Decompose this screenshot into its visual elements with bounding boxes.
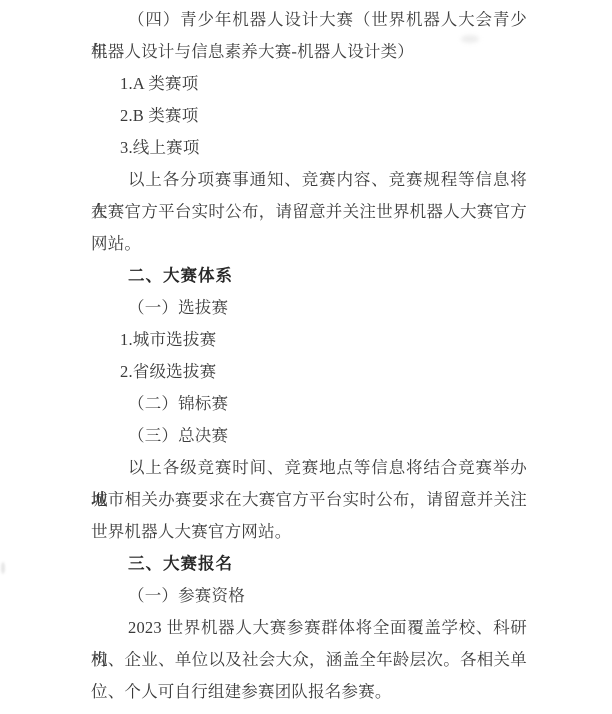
section-heading-registration: 三、大赛报名: [91, 548, 527, 580]
paragraph-notice-line-3: 网站。: [91, 228, 527, 260]
list-item-city-selection: 1.城市选拔赛: [91, 324, 527, 356]
list-item-provincial-selection: 2.省级选拔赛: [91, 356, 527, 388]
document-text-block: （四）青少年机器人设计大赛（世界机器人大会青少年 机器人设计与信息素养大赛-机器…: [91, 4, 527, 708]
paragraph-eligibility-line-1: 2023 世界机器人大赛参赛群体将全面覆盖学校、科研机: [91, 612, 527, 644]
paragraph-notice-line-1: 以上各分项赛事通知、竞赛内容、竞赛规程等信息将在: [91, 164, 527, 196]
paragraph-eligibility-line-3: 位、个人可自行组建参赛团队报名参赛。: [91, 676, 527, 708]
paragraph-schedule-line-1: 以上各级竞赛时间、竞赛地点等信息将结合竞赛举办地: [91, 452, 527, 484]
list-item-class-b: 2.B 类赛项: [91, 100, 527, 132]
subsection-heading-design-contest-line-1: （四）青少年机器人设计大赛（世界机器人大会青少年: [91, 4, 527, 36]
paragraph-notice-line-2: 大赛官方平台实时公布，请留意并关注世界机器人大赛官方: [91, 196, 527, 228]
scan-artifact: [1, 562, 5, 574]
list-item-online: 3.线上赛项: [91, 132, 527, 164]
paragraph-eligibility-line-2: 构、企业、单位以及社会大众，涵盖全年龄层次。各相关单: [91, 644, 527, 676]
subheading-finals: （三）总决赛: [91, 420, 527, 452]
subheading-eligibility: （一）参赛资格: [91, 580, 527, 612]
subsection-heading-design-contest-line-2: 机器人设计与信息素养大赛-机器人设计类）: [91, 36, 527, 68]
list-item-class-a: 1.A 类赛项: [91, 68, 527, 100]
document-page: （四）青少年机器人设计大赛（世界机器人大会青少年 机器人设计与信息素养大赛-机器…: [0, 0, 612, 714]
subheading-championship: （二）锦标赛: [91, 388, 527, 420]
subheading-selection-round: （一）选拔赛: [91, 292, 527, 324]
paragraph-schedule-line-2: 城市相关办赛要求在大赛官方平台实时公布，请留意并关注: [91, 484, 527, 516]
paragraph-schedule-line-3: 世界机器人大赛官方网站。: [91, 516, 527, 548]
section-heading-competition-system: 二、大赛体系: [91, 260, 527, 292]
